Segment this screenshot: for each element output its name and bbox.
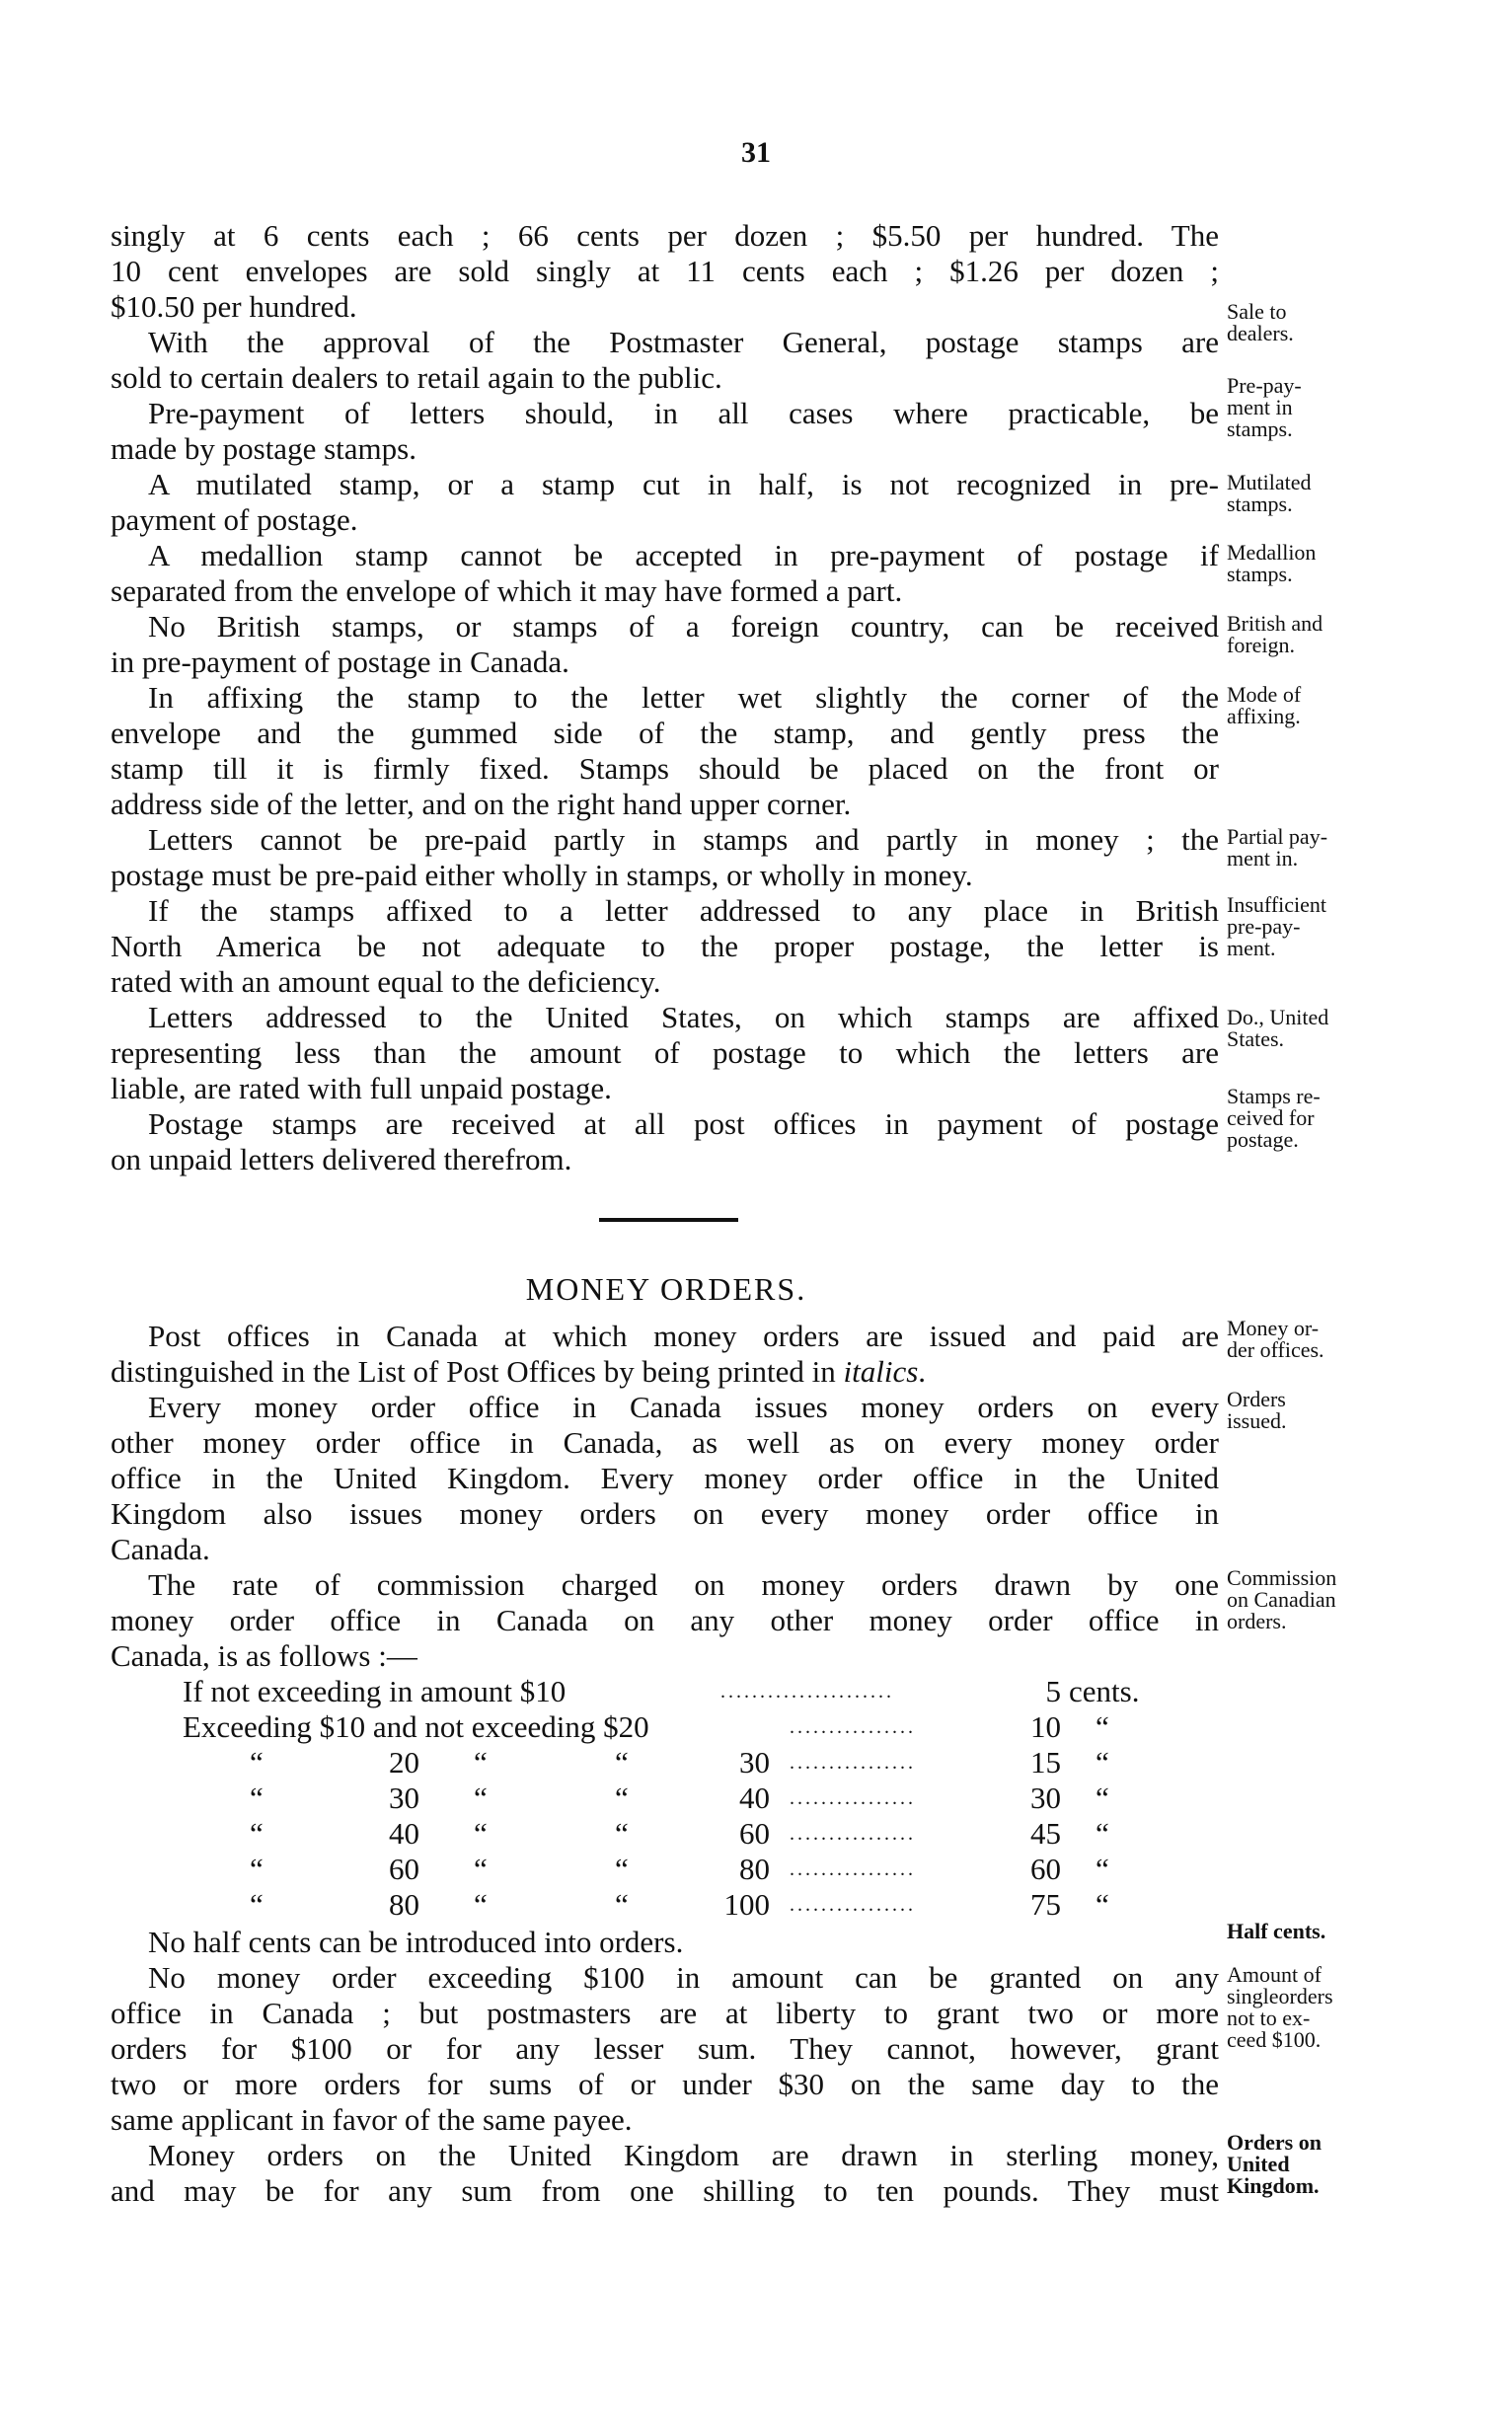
table-cell-from: 80	[370, 1887, 419, 1923]
text-line: office in Canada ; but postmasters are a…	[111, 1996, 1219, 2031]
note-line: Amount of	[1227, 1964, 1385, 1986]
text-line: 10 cent envelopes are sold singly at 11 …	[111, 254, 1219, 289]
note-line: Mutilated	[1227, 472, 1385, 493]
note-line: Stamps re-	[1227, 1086, 1385, 1107]
text-line: No money order exceeding $100 in amount …	[148, 1960, 1219, 1996]
text-line: in pre-payment of postage in Canada.	[111, 644, 1219, 680]
note-line: stamps.	[1227, 493, 1385, 515]
text-line: $10.50 per hundred.	[111, 289, 1219, 325]
text-line: Post offices in Canada at which money or…	[148, 1319, 1219, 1354]
note-line: Mode of	[1227, 684, 1385, 706]
text-line: sold to certain dealers to retail again …	[111, 360, 1219, 396]
text-line: office in the United Kingdom. Every mone…	[111, 1461, 1219, 1496]
ditto-mark: “	[250, 1852, 264, 1887]
section-divider	[599, 1218, 738, 1222]
table-cell-range: Exceeding $10 and not exceeding $20	[183, 1709, 649, 1745]
note-line: Medallion	[1227, 542, 1385, 564]
text-line: If the stamps affixed to a letter addres…	[148, 893, 1219, 929]
text-line: same applicant in favor of the same paye…	[111, 2102, 1219, 2138]
note-line: Sale to	[1227, 301, 1385, 323]
margin-note-stamps-received-for-postage: Stamps re- ceived for postage.	[1227, 1086, 1385, 1151]
text-line: postage must be pre-paid either wholly i…	[111, 858, 1219, 893]
italic-text: italics	[844, 1354, 919, 1389]
table-leader-dots: ................	[790, 1780, 916, 1816]
ditto-mark: “	[250, 1745, 264, 1780]
table-leader-dots: ................	[790, 1852, 916, 1887]
text-line: Letters addressed to the United States, …	[148, 1000, 1219, 1035]
note-line: Partial pay-	[1227, 826, 1385, 848]
table-cell-from: 30	[370, 1780, 419, 1816]
text-line: separated from the envelope of which it …	[111, 573, 1219, 609]
text-line: Postage stamps are received at all post …	[148, 1106, 1219, 1142]
text-line: Money orders on the United Kingdom are d…	[148, 2138, 1219, 2173]
note-line: foreign.	[1227, 635, 1385, 656]
table-cell-from: 20	[370, 1745, 419, 1780]
table-cell-to: 30	[706, 1745, 770, 1780]
text-line: orders for $100 or for any lesser sum. T…	[111, 2031, 1219, 2067]
note-line: ment in.	[1227, 848, 1385, 870]
text-line: Every money order office in Canada issue…	[148, 1390, 1219, 1425]
ditto-mark: “	[615, 1887, 629, 1923]
note-line: stamps.	[1227, 564, 1385, 585]
table-cell-to: 100	[706, 1887, 770, 1923]
ditto-mark: “	[474, 1745, 488, 1780]
ditto-mark: “	[615, 1745, 629, 1780]
note-line: affixing.	[1227, 706, 1385, 727]
text-line: other money order office in Canada, as w…	[111, 1425, 1219, 1461]
note-line: Commission	[1227, 1567, 1385, 1589]
table-cell-to: 60	[706, 1816, 770, 1852]
note-line: stamps.	[1227, 418, 1385, 440]
table-cell-from: 40	[370, 1816, 419, 1852]
text-line: address side of the letter, and on the r…	[111, 787, 1219, 822]
text-line: A medallion stamp cannot be accepted in …	[148, 538, 1219, 573]
margin-note-british-and-foreign: British and foreign.	[1227, 613, 1385, 656]
margin-note-sale-to-dealers: Sale to dealers.	[1227, 301, 1385, 344]
margin-note-mode-of-affixing: Mode of affixing.	[1227, 684, 1385, 727]
note-line: Orders	[1227, 1389, 1385, 1410]
ditto-mark: “	[474, 1780, 488, 1816]
table-cell-cents: 5	[1017, 1674, 1061, 1709]
table-cell-from: 60	[370, 1852, 419, 1887]
ditto-mark: “	[474, 1852, 488, 1887]
text-line: two or more orders for sums of or under …	[111, 2067, 1219, 2102]
ditto-mark: “	[250, 1780, 264, 1816]
table-cell-unit: “	[1096, 1887, 1109, 1923]
table-cell-cents: 75	[1017, 1887, 1061, 1923]
table-cell-unit: cents.	[1069, 1674, 1139, 1709]
table-cell-to: 40	[706, 1780, 770, 1816]
text-span: distinguished in the List of Post Office…	[111, 1354, 844, 1389]
text-line: made by postage stamps.	[111, 431, 1219, 467]
table-leader-dots: ................	[790, 1816, 916, 1852]
margin-note-orders-issued: Orders issued.	[1227, 1389, 1385, 1432]
ditto-mark: “	[474, 1887, 488, 1923]
note-line: singleorders	[1227, 1986, 1385, 2007]
text-line: on unpaid letters delivered therefrom.	[111, 1142, 1219, 1177]
note-line: der offices.	[1227, 1339, 1385, 1361]
note-line: United	[1227, 2154, 1385, 2175]
text-line: stamp till it is firmly fixed. Stamps sh…	[111, 751, 1219, 787]
margin-note-half-cents: Half cents.	[1227, 1921, 1385, 1942]
text-line: The rate of commission charged on money …	[148, 1567, 1219, 1603]
note-line: issued.	[1227, 1410, 1385, 1432]
margin-note-insufficient-prepayment: Insufficient pre-pay- ment.	[1227, 894, 1385, 959]
ditto-mark: “	[474, 1816, 488, 1852]
note-line: Half cents.	[1227, 1921, 1385, 1942]
table-cell-unit: “	[1096, 1709, 1109, 1745]
margin-note-orders-united-kingdom: Orders on United Kingdom.	[1227, 2132, 1385, 2197]
table-cell-cents: 15	[1017, 1745, 1061, 1780]
table-cell-unit: “	[1096, 1852, 1109, 1887]
note-line: postage.	[1227, 1129, 1385, 1151]
table-cell-unit: “	[1096, 1816, 1109, 1852]
text-line: singly at 6 cents each ; 66 cents per do…	[111, 218, 1219, 254]
text-line: liable, are rated with full unpaid posta…	[111, 1071, 1219, 1106]
note-line: ment in	[1227, 397, 1385, 418]
section-heading-money-orders: MONEY ORDERS.	[0, 1271, 1332, 1308]
text-line: Canada.	[111, 1532, 1219, 1567]
text-line: distinguished in the List of Post Office…	[111, 1354, 1219, 1390]
text-line: Kingdom also issues money orders on ever…	[111, 1496, 1219, 1532]
table-cell-range: If not exceeding in amount $10	[183, 1674, 566, 1709]
text-line: North America be not adequate to the pro…	[111, 929, 1219, 964]
text-line: Letters cannot be pre-paid partly in sta…	[148, 822, 1219, 858]
margin-note-united-states: Do., United States.	[1227, 1007, 1385, 1050]
page-number: 31	[0, 136, 1512, 170]
table-leader-dots: ................	[790, 1745, 916, 1780]
ditto-mark: “	[615, 1816, 629, 1852]
margin-note-partial-payment: Partial pay- ment in.	[1227, 826, 1385, 870]
note-line: Do., United	[1227, 1007, 1385, 1028]
note-line: ceived for	[1227, 1107, 1385, 1129]
text-line: envelope and the gummed side of the stam…	[111, 716, 1219, 751]
text-line: A mutilated stamp, or a stamp cut in hal…	[148, 467, 1219, 502]
margin-note-commission-canadian-orders: Commission on Canadian orders.	[1227, 1567, 1385, 1632]
table-cell-unit: “	[1096, 1780, 1109, 1816]
margin-note-amount-single-orders: Amount of singleorders not to ex- ceed $…	[1227, 1964, 1385, 2051]
table-leader-dots: ................	[790, 1709, 916, 1745]
text-line: payment of postage.	[111, 502, 1219, 538]
note-line: pre-pay-	[1227, 916, 1385, 938]
margin-note-mutilated-stamps: Mutilated stamps.	[1227, 472, 1385, 515]
note-line: Kingdom.	[1227, 2175, 1385, 2197]
note-line: dealers.	[1227, 323, 1385, 344]
text-line: No British stamps, or stamps of a foreig…	[148, 609, 1219, 644]
text-line: Pre-payment of letters should, in all ca…	[148, 396, 1219, 431]
note-line: on Canadian	[1227, 1589, 1385, 1611]
text-span: .	[918, 1354, 926, 1389]
note-line: Money or-	[1227, 1318, 1385, 1339]
text-line: money order office in Canada on any othe…	[111, 1603, 1219, 1638]
margin-note-money-order-offices: Money or- der offices.	[1227, 1318, 1385, 1361]
margin-note-medallion-stamps: Medallion stamps.	[1227, 542, 1385, 585]
table-cell-to: 80	[706, 1852, 770, 1887]
note-line: not to ex-	[1227, 2007, 1385, 2029]
text-line: and may be for any sum from one shilling…	[111, 2173, 1219, 2209]
table-cell-unit: “	[1096, 1745, 1109, 1780]
text-line: rated with an amount equal to the defici…	[111, 964, 1219, 1000]
table-cell-cents: 30	[1017, 1780, 1061, 1816]
ditto-mark: “	[250, 1816, 264, 1852]
note-line: Orders on	[1227, 2132, 1385, 2154]
ditto-mark: “	[250, 1887, 264, 1923]
note-line: States.	[1227, 1028, 1385, 1050]
note-line: ceed $100.	[1227, 2029, 1385, 2051]
note-line: Pre-pay-	[1227, 375, 1385, 397]
table-leader-dots: ......................	[720, 1674, 894, 1709]
table-cell-cents: 10	[1017, 1709, 1061, 1745]
table-cell-cents: 45	[1017, 1816, 1061, 1852]
ditto-mark: “	[615, 1780, 629, 1816]
text-line: representing less than the amount of pos…	[111, 1035, 1219, 1071]
note-line: Insufficient	[1227, 894, 1385, 916]
note-line: orders.	[1227, 1611, 1385, 1632]
table-cell-cents: 60	[1017, 1852, 1061, 1887]
text-line: No half cents can be introduced into ord…	[148, 1925, 1219, 1960]
text-line: Canada, is as follows :—	[111, 1638, 1219, 1674]
note-line: ment.	[1227, 938, 1385, 959]
ditto-mark: “	[615, 1852, 629, 1887]
text-line: In affixing the stamp to the letter wet …	[148, 680, 1219, 716]
text-line: With the approval of the Postmaster Gene…	[148, 325, 1219, 360]
margin-note-prepayment-in-stamps: Pre-pay- ment in stamps.	[1227, 375, 1385, 440]
note-line: British and	[1227, 613, 1385, 635]
table-leader-dots: ................	[790, 1887, 916, 1923]
